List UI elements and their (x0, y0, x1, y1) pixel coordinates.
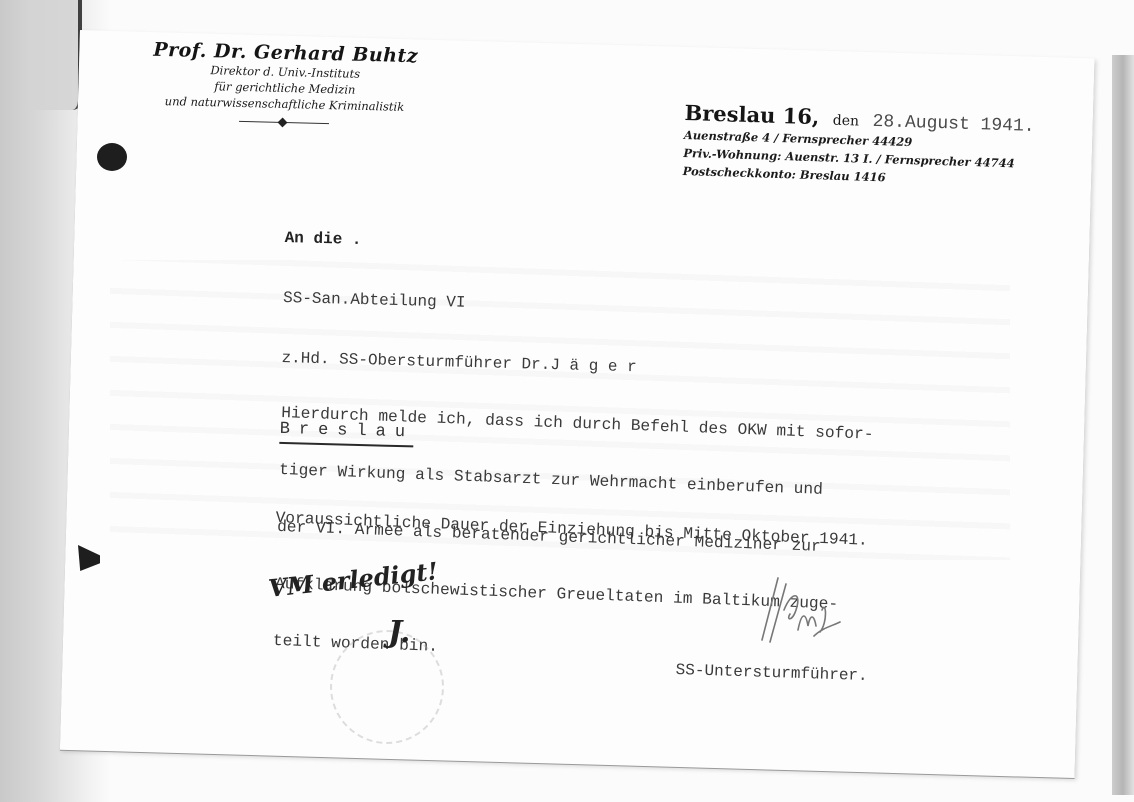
punch-hole-icon (97, 143, 127, 171)
recipient-salutation: An die . (284, 228, 640, 257)
handwritten-initial: J. (388, 615, 410, 650)
signature-icon (740, 570, 850, 650)
faint-stamp (330, 630, 444, 744)
den-label: den (832, 113, 859, 130)
body-line: tiger Wirkung als Stabsarzt zur Wehrmach… (279, 461, 872, 502)
letterhead: Prof. Dr. Gerhard Buhtz Direktor d. Univ… (134, 38, 436, 126)
body-line: Hierdurch melde ich, dass ich durch Befe… (281, 404, 874, 445)
page-edge-shadow (1112, 55, 1134, 795)
binder-clip-shadow (28, 0, 82, 110)
city-heading: Breslau 16, (684, 100, 819, 129)
place-date-block: Breslau 16, den 28.August 1941. Auenstra… (682, 100, 1035, 191)
recipient-line: SS-San.Abteilung VI (283, 288, 639, 317)
